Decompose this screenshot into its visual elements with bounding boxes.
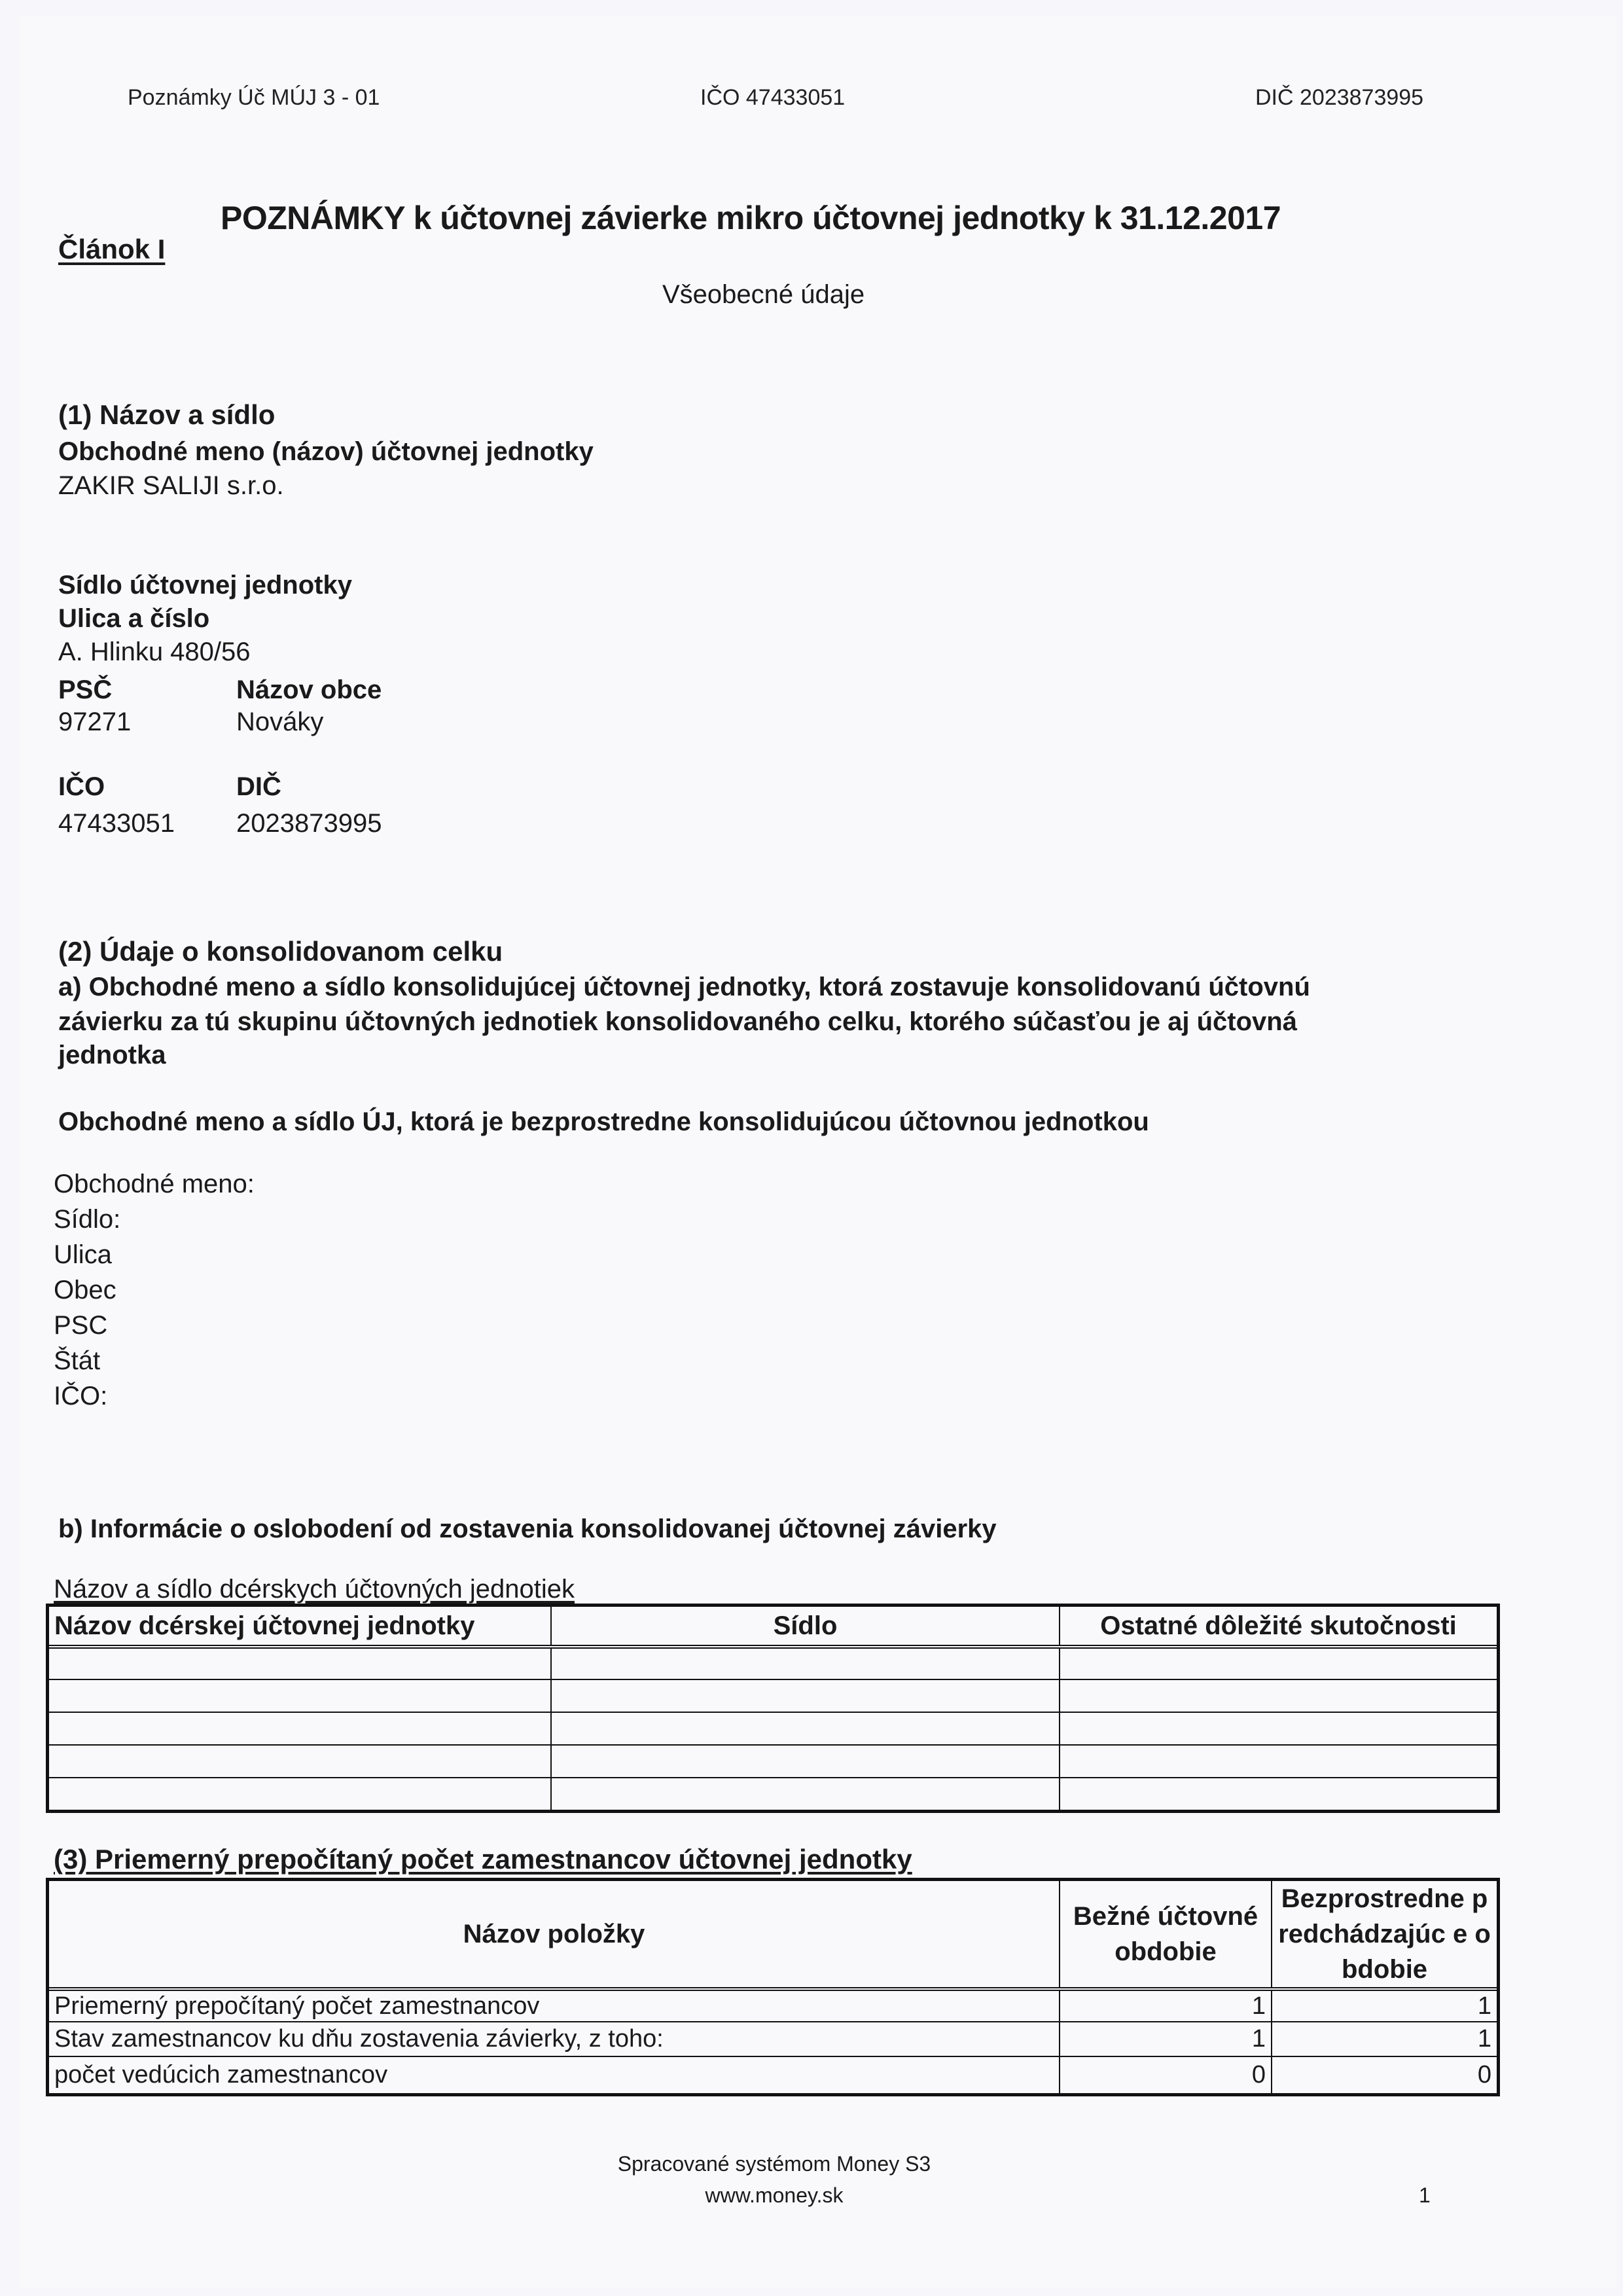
table-cell [551, 1712, 1060, 1745]
employees-table: Názov položky Bežné účtovné obdobie Bezp… [48, 1880, 1498, 2094]
table-cell [551, 1745, 1060, 1778]
row-current: 1 [1060, 1989, 1272, 2022]
col-current-period: Bežné účtovné obdobie [1060, 1880, 1272, 1989]
section2a-line: a) Obchodné meno a sídlo konsolidujúcej … [58, 974, 1310, 1000]
name-label: Obchodné meno (názov) účtovnej jednotky [58, 439, 594, 465]
company-name: ZAKIR SALIJI s.r.o. [58, 473, 284, 499]
street-value: A. Hlinku 480/56 [58, 639, 251, 665]
col-other-facts: Ostatné dôležité skutočnosti [1060, 1606, 1497, 1647]
col-subsidiary-name: Názov dcérskej účtovnej jednotky [48, 1606, 551, 1647]
psc-value: 97271 [58, 709, 131, 735]
table-cell [48, 1778, 551, 1810]
footer-software: Spracované systémom Money S3 [618, 2153, 931, 2174]
direct-parent-label: Obchodné meno a sídlo ÚJ, ktorá je bezpr… [58, 1109, 1149, 1135]
row-label: Priemerný prepočítaný počet zamestnancov [48, 1989, 1060, 2022]
footer-website[interactable]: www.money.sk [705, 2185, 843, 2206]
table-row [48, 1745, 1497, 1778]
col-seat: Sídlo [551, 1606, 1060, 1647]
parent-field-label: Ulica [54, 1242, 112, 1268]
table-cell [48, 1745, 551, 1778]
parent-field-label: Sídlo: [54, 1206, 120, 1232]
section1-heading: (1) Názov a sídlo [58, 401, 275, 429]
table-cell [48, 1679, 551, 1712]
table-row: počet vedúcich zamestnancov 0 0 [48, 2056, 1497, 2094]
table-cell [1060, 1647, 1497, 1679]
article-label: Článok I [58, 236, 165, 263]
subsidiaries-label: Názov a sídlo dcérskych účtovných jednot… [54, 1576, 575, 1602]
table-row [48, 1778, 1497, 1810]
parent-field-label: PSC [54, 1312, 107, 1338]
header-dic: DIČ 2023873995 [1255, 86, 1423, 109]
row-label: počet vedúcich zamestnancov [48, 2056, 1060, 2094]
table-cell [551, 1647, 1060, 1679]
psc-label: PSČ [58, 677, 112, 703]
row-label: Stav zamestnancov ku dňu zostavenia závi… [48, 2022, 1060, 2056]
table-cell [1060, 1712, 1497, 1745]
table-cell [1060, 1679, 1497, 1712]
document-title: POZNÁMKY k účtovnej závierke mikro účtov… [221, 202, 1281, 234]
table-row [48, 1679, 1497, 1712]
row-previous: 0 [1272, 2056, 1497, 2094]
page-number: 1 [1419, 2185, 1431, 2206]
parent-field-label: Štát [54, 1348, 100, 1374]
city-value: Nováky [236, 709, 323, 735]
subsidiaries-table: Názov dcérskej účtovnej jednotky Sídlo O… [48, 1605, 1498, 1811]
row-previous: 1 [1272, 1989, 1497, 2022]
seat-label: Sídlo účtovnej jednotky [58, 572, 352, 598]
parent-field-label: Obchodné meno: [54, 1171, 255, 1197]
table-cell [48, 1647, 551, 1679]
table-cell [551, 1778, 1060, 1810]
ico-label: IČO [58, 774, 105, 800]
table-row: Stav zamestnancov ku dňu zostavenia závi… [48, 2022, 1497, 2056]
row-current: 0 [1060, 2056, 1272, 2094]
section3-heading: (3) Priemerný prepočítaný počet zamestna… [54, 1846, 912, 1873]
col-previous-period: Bezprostredne predchádzajúc e obdobie [1272, 1880, 1497, 1989]
parent-field-label: IČO: [54, 1383, 107, 1409]
table-cell [1060, 1778, 1497, 1810]
header-ico: IČO 47433051 [700, 86, 845, 109]
parent-field-label: Obec [54, 1277, 116, 1303]
row-current: 1 [1060, 2022, 1272, 2056]
ico-value: 47433051 [58, 810, 175, 836]
table-cell [48, 1712, 551, 1745]
section2a-line: jednotka [58, 1042, 166, 1068]
document-subtitle: Všeobecné údaje [662, 281, 865, 308]
table-row: Priemerný prepočítaný počet zamestnancov… [48, 1989, 1497, 2022]
table-cell [551, 1679, 1060, 1712]
header-form-code: Poznámky Úč MÚJ 3 - 01 [128, 86, 380, 109]
table-cell [1060, 1745, 1497, 1778]
table-row [48, 1712, 1497, 1745]
col-item-name: Názov položky [48, 1880, 1060, 1989]
section2b-heading: b) Informácie o oslobodení od zostavenia… [58, 1516, 997, 1542]
dic-value: 2023873995 [236, 810, 382, 836]
row-previous: 1 [1272, 2022, 1497, 2056]
section2-heading: (2) Údaje o konsolidovanom celku [58, 938, 503, 965]
section2a-line: závierku za tú skupinu účtovných jednoti… [58, 1009, 1297, 1035]
city-label: Názov obce [236, 677, 382, 703]
table-row [48, 1647, 1497, 1679]
dic-label: DIČ [236, 774, 281, 800]
street-label: Ulica a číslo [58, 605, 209, 632]
